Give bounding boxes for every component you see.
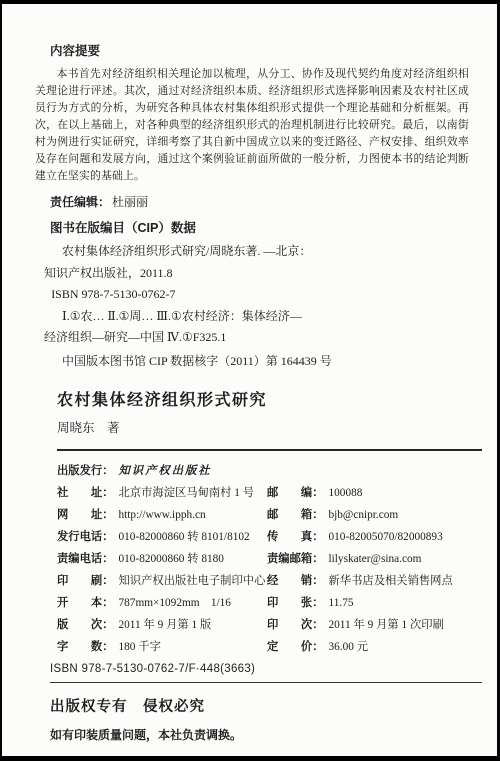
colophon-label: 经 销： xyxy=(267,575,324,587)
quality-note: 如有印装质量问题，本社负责调换。 xyxy=(50,727,469,744)
cip-heading: 图书在版编目（CIP）数据 xyxy=(50,221,469,236)
colophon-value: 010-82005070/82000893 xyxy=(329,531,443,543)
summary-heading: 内容提要 xyxy=(50,44,469,58)
colophon-value: 知识产权出版社电子制印中心 xyxy=(119,575,266,587)
colophon-row: 责编电话：010-82000860 转 8180 责编邮箱：lilyskater… xyxy=(57,548,469,570)
colophon-row: 发行电话：010-82000860 转 8101/8102 传 真：010-82… xyxy=(57,526,469,548)
colophon-label: 字 数： xyxy=(57,641,114,653)
colophon-label: 发行电话： xyxy=(57,531,114,543)
colophon-value: 787mm×1092mm 1/16 xyxy=(119,597,231,609)
colophon-label: 邮 编： xyxy=(267,487,324,499)
email-address: lilyskater@sina.com xyxy=(329,553,422,565)
colophon-value: 180 千字 xyxy=(119,641,161,653)
cip-record-line: 中国版本图书馆 CIP 数据核字（2011）第 164439 号 xyxy=(44,351,469,373)
colophon-label: 邮 箱： xyxy=(267,509,324,521)
colophon-value: 新华书店及相关销售网点 xyxy=(329,575,453,587)
editor-name: 杜丽丽 xyxy=(112,195,148,209)
colophon-label: 网 址： xyxy=(57,509,114,521)
colophon-label: 出版发行： xyxy=(57,465,114,477)
colophon-value: 11.75 xyxy=(329,597,354,609)
colophon-value: 010-82000860 转 8180 xyxy=(119,553,224,565)
book-title: 农村集体经济组织形式研究 xyxy=(57,390,469,412)
summary-body: 本书首先对经济组织相关理论加以梳理，从分工、协作及现代契约角度对经济组织相关理论… xyxy=(35,66,469,185)
colophon-value: 2011 年 9 月第 1 版 xyxy=(119,619,212,631)
editor-line: 责任编辑：杜丽丽 xyxy=(50,194,469,211)
colophon-label: 定 价： xyxy=(267,641,324,653)
colophon-table: 出版发行：知识产权出版社 社 址：北京市海淀区马甸南村 1 号 邮 编：1000… xyxy=(57,459,469,658)
publisher-script-name: 知识产权出版社 xyxy=(119,463,212,477)
price-value: 36.00 元 xyxy=(329,641,369,653)
cip-entry-line2: 知识产权出版社，2011.8 xyxy=(44,263,469,285)
colophon-label: 传 真： xyxy=(267,531,324,543)
cip-block: 农村集体经济组织形式研究/周晓东著. —北京： 知识产权出版社，2011.8 I… xyxy=(44,241,469,372)
colophon-label: 版 次： xyxy=(57,619,114,631)
colophon-value: 010-82000860 转 8101/8102 xyxy=(119,531,250,543)
cip-class-line1: Ⅰ.①农… Ⅱ.①周… Ⅲ.①农村经济：集体经济— xyxy=(44,306,469,328)
book-copyright-page: 内容提要 本书首先对经济组织相关理论加以梳理，从分工、协作及现代契约角度对经济组… xyxy=(0,0,500,761)
colophon-label: 印 刷： xyxy=(57,575,114,587)
summary-section: 内容提要 本书首先对经济组织相关理论加以梳理，从分工、协作及现代契约角度对经济组… xyxy=(35,44,469,185)
rights-statement: 出版权专有 侵权必究 xyxy=(50,697,469,717)
colophon-value: 北京市海淀区马甸南村 1 号 xyxy=(119,487,255,499)
colophon-value: 2011 年 9 月第 1 次印刷 xyxy=(329,619,444,631)
colophon-row: 字 数：180 千字 定 价：36.00 元 xyxy=(57,636,469,658)
cip-isbn: ISBN 978-7-5130-0762-7 xyxy=(44,284,469,306)
colophon-row: 印 刷：知识产权出版社电子制印中心 经 销：新华书店及相关销售网点 xyxy=(57,570,469,592)
colophon-row: 社 址：北京市海淀区马甸南村 1 号 邮 编：100088 xyxy=(57,482,469,504)
colophon-label: 社 址： xyxy=(57,487,114,499)
colophon-row: 开 本：787mm×1092mm 1/16 印 张：11.75 xyxy=(57,592,469,614)
editor-label: 责任编辑： xyxy=(50,195,110,209)
colophon-label: 开 本： xyxy=(57,597,114,609)
website-url: http://www.ipph.cn xyxy=(119,509,206,521)
divider-rule-bottom xyxy=(50,682,482,683)
cip-class-line2: 经济组织—研究—中国 Ⅳ.①F325.1 xyxy=(44,327,469,349)
email-address: bjb@cnipr.com xyxy=(329,509,399,521)
divider-rule-top xyxy=(57,449,482,451)
colophon-label: 印 张： xyxy=(267,597,324,609)
isbn-full-line: ISBN 978-7-5130-0762-7/F·448(3663) xyxy=(50,662,469,677)
colophon-label: 印 次： xyxy=(267,619,324,631)
colophon-label: 责编邮箱： xyxy=(267,553,324,565)
colophon-label: 责编电话： xyxy=(57,553,114,565)
colophon-value: 100088 xyxy=(329,487,363,499)
colophon-row: 出版发行：知识产权出版社 xyxy=(57,459,469,482)
book-author: 周晓东 著 xyxy=(57,420,469,437)
cip-entry-line1: 农村集体经济组织形式研究/周晓东著. —北京： xyxy=(44,241,469,263)
colophon-row: 网 址：http://www.ipph.cn 邮 箱：bjb@cnipr.com xyxy=(57,504,469,526)
colophon-row: 版 次：2011 年 9 月第 1 版 印 次：2011 年 9 月第 1 次印… xyxy=(57,614,469,636)
title-block: 农村集体经济组织形式研究 周晓东 著 xyxy=(57,390,469,437)
